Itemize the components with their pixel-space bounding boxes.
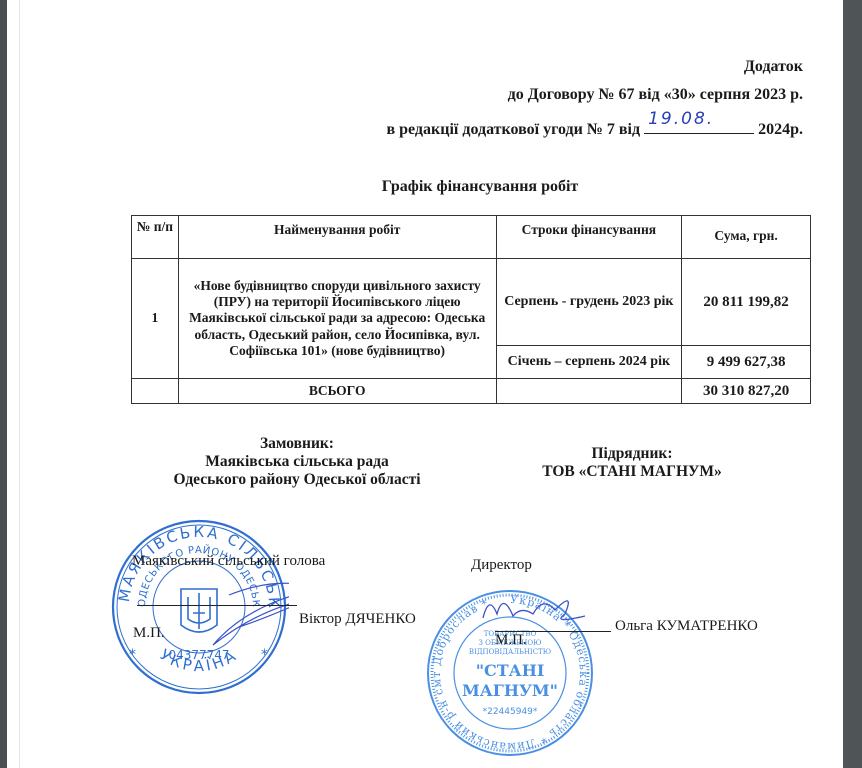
svg-text:ВІДПОВІДАЛЬНІСТЮ: ВІДПОВІДАЛЬНІСТЮ	[469, 648, 551, 656]
svg-text:"СТАНІ: "СТАНІ	[476, 661, 545, 680]
table-total-row: ВСЬОГО 30 310 827,20	[132, 379, 811, 404]
customer-role: Замовник:	[157, 435, 437, 453]
svg-text:04377747: 04377747	[168, 648, 229, 662]
row-sum-2: 9 499 627,38	[682, 346, 811, 379]
row-name: «Нове будівництво споруди цивільного зах…	[178, 259, 496, 379]
contractor-stamp-icon: Україна * Одеська область * Лиманський р…	[425, 588, 595, 758]
svg-text:МАГНУМ": МАГНУМ"	[462, 681, 558, 700]
table-row: 1 «Нове будівництво споруди цивільного з…	[132, 259, 811, 346]
customer-name-line2: Одеського району Одеської області	[157, 471, 437, 489]
header-num: № п/п	[132, 216, 179, 259]
customer-signatory: Віктор ДЯЧЕНКО	[299, 611, 416, 628]
svg-text:*: *	[129, 647, 136, 663]
customer-block: Замовник: Маяківська сільська рада Одесь…	[157, 435, 437, 489]
handwritten-date: 19.08.	[648, 109, 714, 129]
table-header-row: № п/п Найменування робіт Строки фінансув…	[132, 216, 811, 259]
customer-position: Маяківський сільський голова	[132, 553, 325, 570]
row-period-1: Серпень - грудень 2023 рік	[496, 259, 682, 346]
amendment-year: 2024р.	[758, 121, 803, 138]
total-empty	[132, 379, 179, 404]
amendment-reference: в редакції додаткової угоди № 7 від 19.0…	[387, 115, 804, 139]
contractor-position: Директор	[471, 557, 532, 574]
svg-text:*: *	[261, 647, 268, 663]
contractor-signatory: Ольга КУМАТРЕНКО	[615, 618, 758, 635]
document-page: Додаток до Договору № 67 від «30» серпня…	[7, 0, 843, 768]
header-name: Найменування робіт	[178, 216, 496, 259]
document-title: Графік фінансування робіт	[7, 178, 843, 196]
row-sum-1: 20 811 199,82	[682, 259, 811, 346]
customer-name-line1: Маяківська сільська рада	[157, 453, 437, 471]
contractor-seal-mark: М.П.	[495, 632, 527, 649]
contractor-name: ТОВ «СТАНІ МАГНУМ»	[517, 463, 747, 481]
total-sum: 30 310 827,20	[682, 379, 811, 404]
amendment-prefix: в редакції додаткової угоди № 7 від	[387, 121, 641, 138]
total-period-empty	[496, 379, 682, 404]
contractor-role: Підрядник:	[517, 445, 747, 463]
scan-edge	[19, 0, 20, 768]
date-blank: 19.08.	[644, 115, 754, 134]
header-sum: Сума, грн.	[682, 216, 811, 259]
contract-reference: до Договору № 67 від «30» серпня 2023 р.	[508, 86, 803, 104]
customer-seal-mark: М.П.	[133, 625, 165, 642]
customer-stamp-icon: МАЯКІВСЬКА СІЛЬСЬКА РАДА ОДЕСЬКОГО РАЙОН…	[109, 517, 289, 697]
viewer-frame-left	[0, 0, 7, 768]
customer-signature-line	[137, 605, 297, 606]
header-period: Строки фінансування	[496, 216, 682, 259]
annex-label: Додаток	[744, 58, 803, 76]
financing-table: № п/п Найменування робіт Строки фінансув…	[131, 215, 811, 404]
viewer-frame-right	[843, 0, 862, 768]
total-label: ВСЬОГО	[178, 379, 496, 404]
row-period-2: Січень – серпень 2024 рік	[496, 346, 682, 379]
svg-text:*22445949*: *22445949*	[483, 707, 538, 717]
contractor-block: Підрядник: ТОВ «СТАНІ МАГНУМ»	[517, 445, 747, 481]
row-num: 1	[132, 259, 179, 379]
